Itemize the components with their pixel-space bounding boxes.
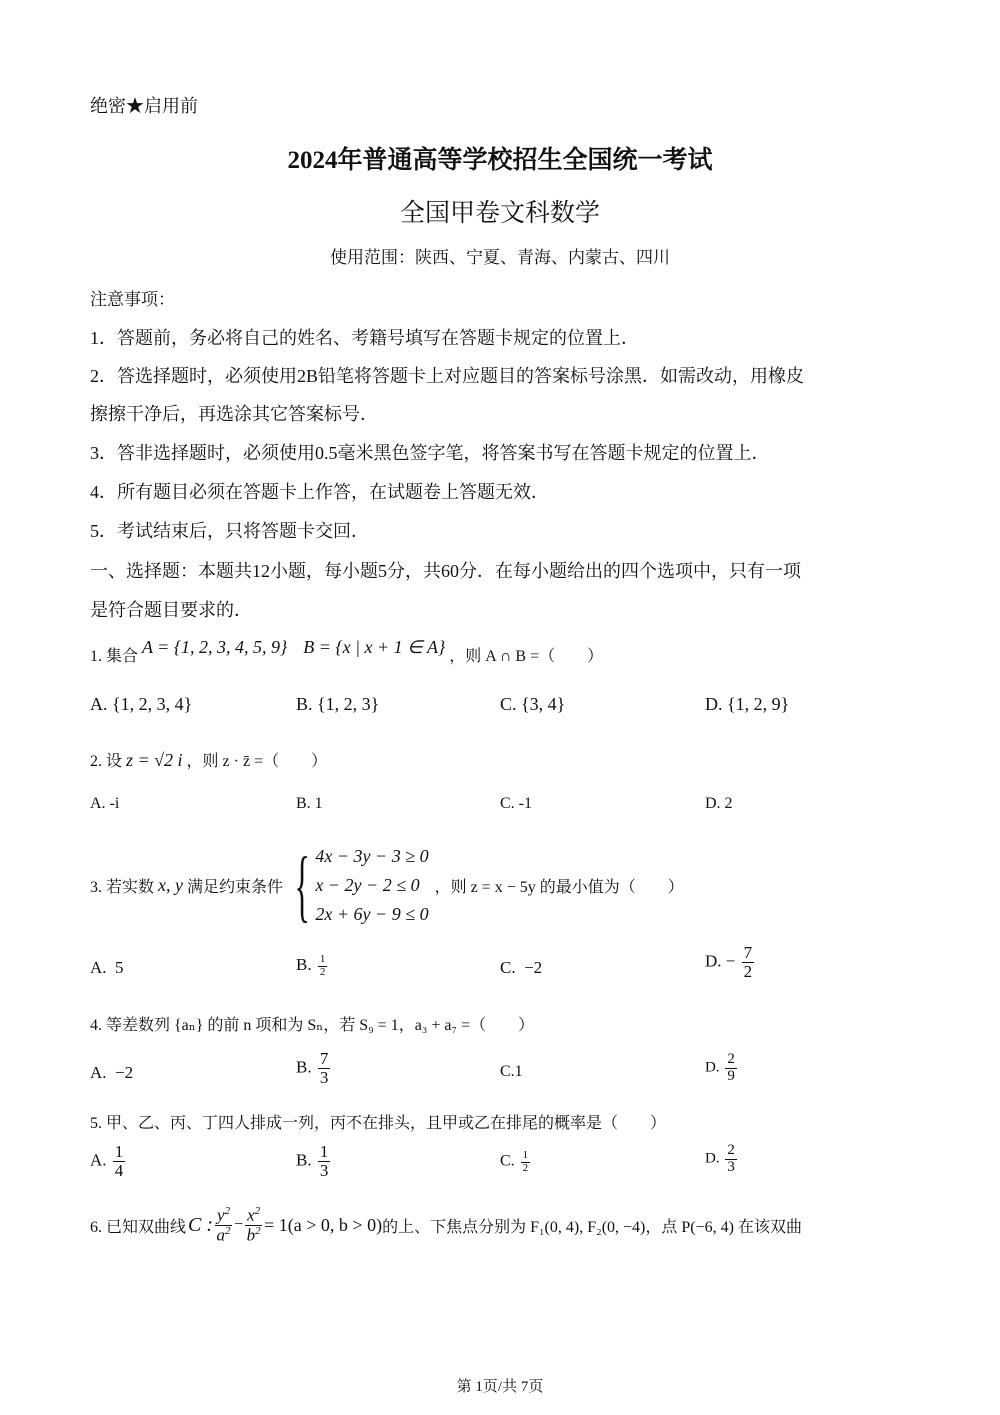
notice-item-5: 5．考试结束后，只将答题卡交回． xyxy=(90,517,369,543)
exam-subtitle: 全国甲卷文科数学 xyxy=(0,193,1000,229)
question-6: 6. 已知双曲线 C : y2a2 − x2b2 = 1(a > 0, b > … xyxy=(90,1206,802,1244)
option-label: D. xyxy=(705,951,722,970)
q6-frac-x: x2b2 xyxy=(245,1206,262,1244)
q1-option-d: D. {1, 2, 9} xyxy=(705,694,789,715)
numerator: 2 xyxy=(725,1052,737,1069)
option-label: C. xyxy=(500,1063,515,1080)
q3-constraint-2: x − 2y − 2 ≤ 0 xyxy=(315,871,428,900)
q1-option-b: B. {1, 2, 3} xyxy=(296,694,379,715)
option-value: 1 xyxy=(515,1063,523,1080)
question-1: 1. 集合 A = {1, 2, 3, 4, 5, 9} B = {x | x … xyxy=(90,643,603,666)
denominator: 3 xyxy=(727,1160,735,1176)
question-4: 4. 等差数列 {aₙ} 的前 n 项和为 Sₙ，若 S₉ = 1，a₃ + a… xyxy=(90,1012,534,1035)
numerator: 1 xyxy=(521,1150,531,1163)
option-label: B. xyxy=(296,1150,312,1169)
numerator: 1 xyxy=(318,954,328,967)
notice-heading: 注意事项： xyxy=(90,285,175,310)
q1-set-a: A = {1, 2, 3, 4, 5, 9} xyxy=(142,637,287,657)
option-label: B. xyxy=(296,955,312,974)
option-label: A. xyxy=(90,1150,107,1169)
notice-item-2-cont: 擦擦干净后，再选涂其它答案标号． xyxy=(90,400,378,426)
notice-item-4: 4．所有题目必须在答题卡上作答，在试题卷上答题无效． xyxy=(90,478,549,504)
q1-tail: ，则 A ∩ B =（ ） xyxy=(449,648,603,665)
q3-constraint-1: 4x − 3y − 3 ≥ 0 xyxy=(315,842,428,871)
q2-option-c: C. -1 xyxy=(500,795,532,813)
option-label: C. xyxy=(500,1153,515,1170)
left-brace-icon: { xyxy=(295,846,310,926)
notice-item-1: 1．答题前，务必将自己的姓名、考籍号填写在答题卡规定的位置上． xyxy=(90,324,639,350)
q5-option-a: A. 14 xyxy=(90,1143,127,1180)
denominator: 2 xyxy=(744,963,753,981)
option-label: D. xyxy=(705,1151,720,1167)
exam-title: 2024年普通高等学校招生全国统一考试 xyxy=(0,140,1000,176)
q6-text-tail: 的上、下焦点分别为 F₁(0, 4), F₂(0, −4)，点 P(−6, 4)… xyxy=(382,1214,802,1237)
numerator: 7 xyxy=(318,1050,331,1069)
q4-option-c: C.1 xyxy=(500,1063,523,1081)
q2-option-a: A. -i xyxy=(90,795,119,813)
q4-option-d: D. 29 xyxy=(705,1052,739,1085)
question-3: 3. 若实数 x, y 满足约束条件 { 4x − 3y − 3 ≥ 0 x −… xyxy=(90,842,684,929)
option-value: −2 xyxy=(115,1063,133,1082)
q5-option-d: D. 23 xyxy=(705,1143,739,1176)
option-label: D. xyxy=(705,1060,720,1076)
option-label: A. xyxy=(90,1063,107,1082)
page-number: 第 1页/共 7页 xyxy=(0,1375,1000,1396)
question-5: 5. 甲、乙、丙、丁四人排成一列，丙不在排头，且甲或乙在排尾的概率是（ ） xyxy=(90,1110,666,1133)
numerator: 7 xyxy=(742,944,755,963)
section-heading-cont: 是符合题目要求的． xyxy=(90,596,252,622)
q3-constraint-3: 2x + 6y − 9 ≤ 0 xyxy=(315,900,428,929)
denominator: 2 xyxy=(523,1163,529,1175)
q5-option-b: B. 13 xyxy=(296,1143,332,1180)
q1-set-b: B = {x | x + 1 ∈ A} xyxy=(303,637,445,657)
q6-lead: 6. 已知双曲线 xyxy=(90,1214,186,1237)
option-value: 5 xyxy=(115,958,124,977)
section-heading: 一、选择题：本题共12小题，每小题5分，共60分．在每小题给出的四个选项中，只有… xyxy=(90,557,801,583)
q1-option-c: C. {3, 4} xyxy=(500,694,565,715)
option-sign: − xyxy=(726,951,736,970)
numerator: 1 xyxy=(318,1143,331,1162)
q1-option-a: A. {1, 2, 3, 4} xyxy=(90,694,192,715)
numerator: 1 xyxy=(113,1143,126,1162)
denominator: 2 xyxy=(320,967,326,979)
usage-scope: 使用范围：陕西、宁夏、青海、内蒙古、四川 xyxy=(0,243,1000,268)
q1-lead: 1. 集合 xyxy=(90,648,138,665)
q2-lead: 2. 设 xyxy=(90,753,122,770)
q2-tail: ，则 z · z̄ =（ ） xyxy=(187,753,328,770)
denominator: 3 xyxy=(320,1069,329,1087)
option-label: A. xyxy=(90,958,107,977)
q4-option-b: B. 73 xyxy=(296,1050,332,1087)
q6-frac-y: y2a2 xyxy=(215,1206,232,1244)
q3-lead: 3. 若实数 xyxy=(90,874,154,897)
q3-constraint-system: { 4x − 3y − 3 ≥ 0 x − 2y − 2 ≤ 0 2x + 6y… xyxy=(283,842,429,929)
q4-option-a: A. −2 xyxy=(90,1063,133,1083)
q3-option-b: B. 12 xyxy=(296,954,329,978)
notice-item-2: 2．答选择题时，必须使用2B铅笔将答题卡上对应题目的答案标号涂黑．如需改动，用橡… xyxy=(90,362,804,388)
q3-vars: x, y xyxy=(158,875,183,896)
q3-tail: ，则 z = x − 5y 的最小值为（ ） xyxy=(435,874,684,897)
denominator: 3 xyxy=(320,1162,329,1180)
q3-option-c: C. −2 xyxy=(500,958,542,978)
q6-eq-tail: = 1(a > 0, b > 0) xyxy=(264,1215,382,1236)
q2-option-d: D. 2 xyxy=(705,795,733,813)
q6-curve: C : xyxy=(188,1214,213,1237)
q5-option-c: C. 12 xyxy=(500,1150,532,1174)
option-value: −2 xyxy=(524,958,542,977)
q2-expr: z = √2 i xyxy=(126,750,183,770)
q3-option-a: A. 5 xyxy=(90,958,124,978)
option-label: C. xyxy=(500,958,516,977)
confidential-label: 绝密★启用前 xyxy=(90,92,198,118)
question-2: 2. 设 z = √2 i ，则 z · z̄ =（ ） xyxy=(90,748,327,771)
denominator: 9 xyxy=(727,1069,735,1085)
denominator: 4 xyxy=(115,1162,124,1180)
notice-item-3: 3．答非选择题时，必须使用0.5毫米黑色签字笔，将答案书写在答题卡规定的位置上． xyxy=(90,439,770,465)
q3-option-d: D. − 72 xyxy=(705,944,756,981)
q3-mid: 满足约束条件 xyxy=(187,874,283,897)
numerator: 2 xyxy=(725,1143,737,1160)
q2-option-b: B. 1 xyxy=(296,795,323,813)
option-label: B. xyxy=(296,1057,312,1076)
